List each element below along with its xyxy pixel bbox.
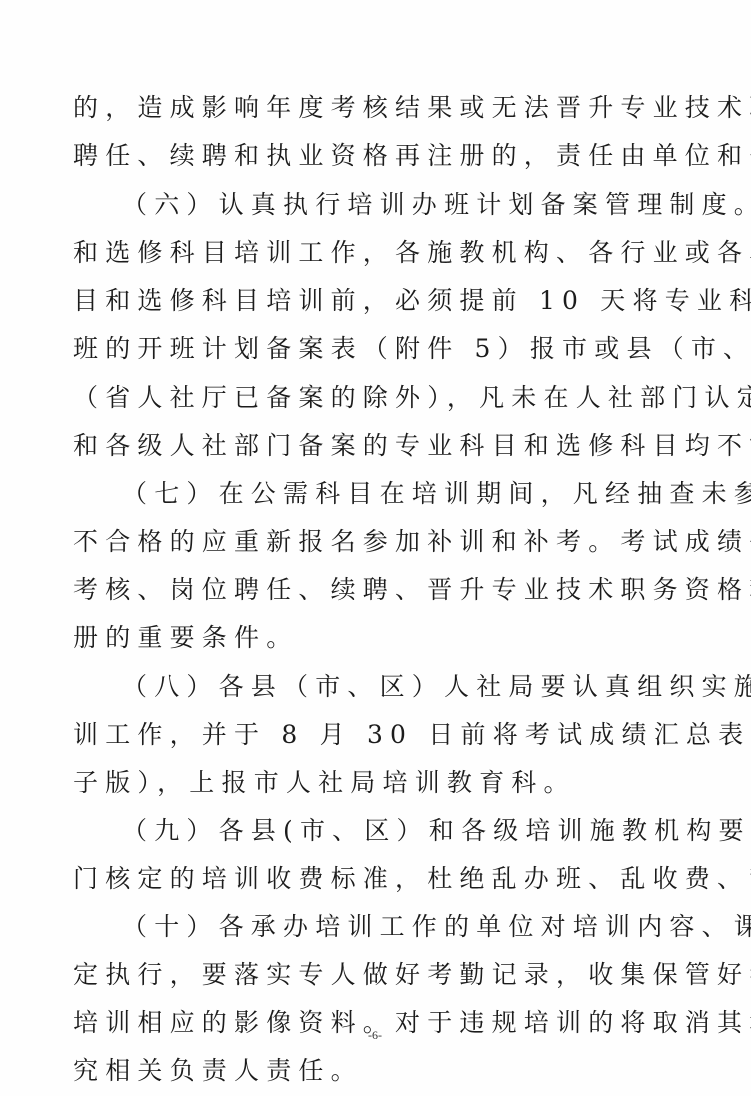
paragraph-nine-heading: （九）各县(市、区）和各级培训施教机构要严格执行发改部 [122, 816, 673, 846]
text-line: 定执行，要落实专人做好考勤记录，收集保管好考核试卷，留存 [73, 960, 673, 990]
text-line: 目和选修科目培训前，必须提前 10 天将专业科目和选修科目培训 [73, 286, 673, 316]
text-line: 册的重要条件。 [73, 623, 673, 653]
text-line: 究相关负责人责任。 [73, 1056, 673, 1086]
text-line: 聘任、续聘和执业资格再注册的，责任由单位和个人自负。 [73, 141, 673, 171]
page-number: -6- [355, 1028, 395, 1043]
paragraph-eight-heading: （八）各县（市、区）人社局要认真组织实施公需科目的培 [122, 672, 673, 702]
text-line: 考核、岗位聘任、续聘、晋升专业技术职务资格和执业资格再注 [73, 575, 673, 605]
text-line: 的，造成影响年度考核结果或无法晋升专业技术职务资格、岗位 [73, 93, 673, 123]
text-line: 训工作，并于 8 月 30 日前将考试成绩汇总表（用 EXCEL 格式的电 [73, 720, 673, 750]
document-page: 的，造成影响年度考核结果或无法晋升专业技术职务资格、岗位 聘任、续聘和执业资格再… [0, 0, 751, 1096]
text-line: 门核定的培训收费标准，杜绝乱办班、乱收费、乱发证现象。 [73, 864, 673, 894]
paragraph-ten-heading: （十）各承办培训工作的单位对培训内容、课时要严格按规 [122, 912, 673, 942]
text-line: 和各级人社部门备案的专业科目和选修科目均不审核认定学时。 [73, 431, 673, 461]
text-line: （省人社厅已备案的除外），凡未在人社部门认定的施教机构学习 [73, 383, 673, 413]
paragraph-six-heading: （六）认真执行培训办班计划备案管理制度。为规范专业科目 [122, 190, 673, 220]
paragraph-seven-heading: （七）在公需科目在培训期间，凡经抽查未参加培训和考试 [122, 479, 673, 509]
text-line: 子版），上报市人社局培训教育科。 [73, 768, 673, 798]
text-line: 和选修科目培训工作，各施教机构、各行业或各单位在开展专业科 [73, 238, 673, 268]
text-line: 不合格的应重新报名参加补训和补考。考试成绩作为 2018 年年度 [73, 527, 673, 557]
text-line: 班的开班计划备案表（附件 5）报市或县（市、区）人社部门备案 [73, 334, 673, 364]
